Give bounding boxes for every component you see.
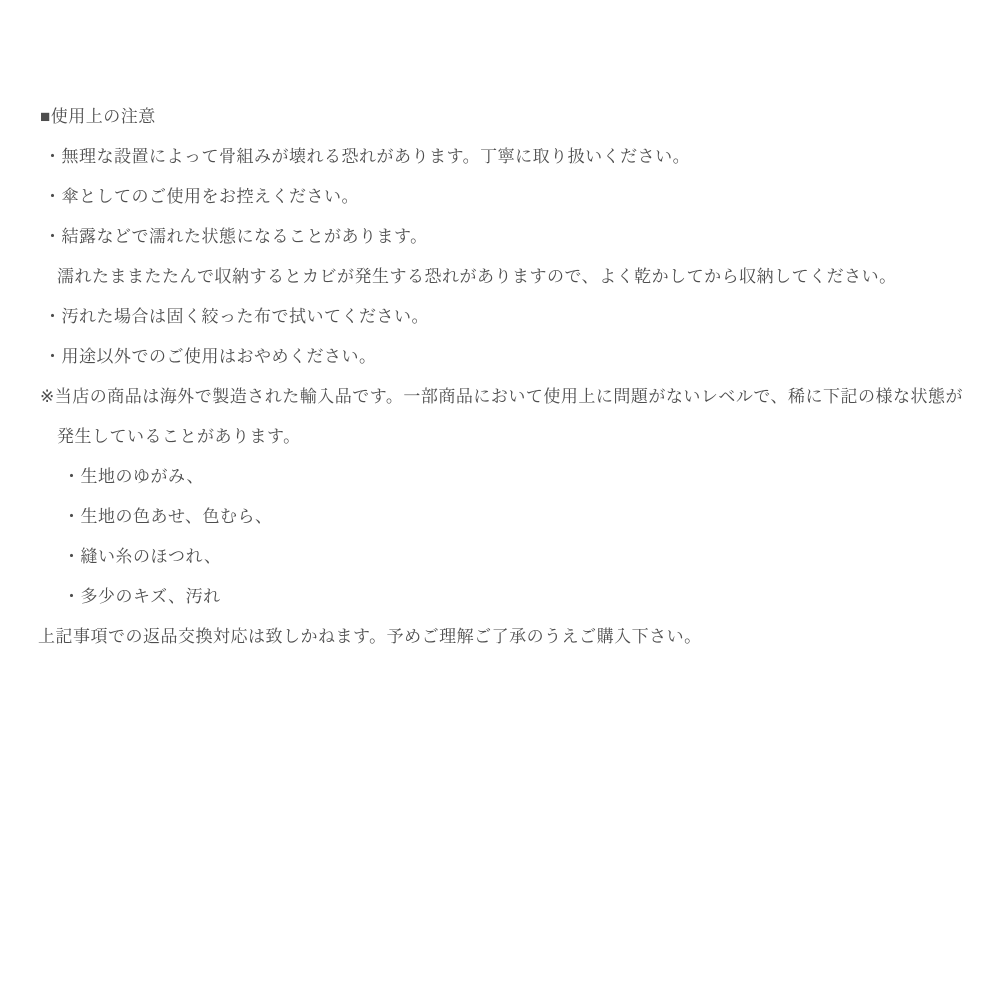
notice-bullet-cleaning: ・汚れた場合は固く絞った布で拭いてください。 <box>44 297 1000 337</box>
notice-bullet-condensation-continuation: 濡れたままたたんで収納するとカビが発生する恐れがありますので、よく乾かしてから収… <box>57 257 1000 297</box>
defect-example-fabric-fading: ・生地の色あせ、色むら、 <box>63 497 1000 537</box>
notice-bullet-intended-use: ・用途以外でのご使用はおやめください。 <box>44 337 1000 377</box>
notice-bullet-umbrella: ・傘としてのご使用をお控えください。 <box>44 177 1000 217</box>
usage-precautions-page: ■使用上の注意 ・無理な設置によって骨組みが壊れる恐れがあります。丁寧に取り扱い… <box>0 0 1000 1000</box>
import-note-line2: 発生していることがあります。 <box>57 417 1000 457</box>
notice-bullet-handling: ・無理な設置によって骨組みが壊れる恐れがあります。丁寧に取り扱いください。 <box>44 137 1000 177</box>
defect-example-loose-threads: ・縫い糸のほつれ、 <box>63 537 1000 577</box>
defect-example-scratches: ・多少のキズ、汚れ <box>63 577 1000 617</box>
defect-example-fabric-distortion: ・生地のゆがみ、 <box>63 457 1000 497</box>
notice-heading: ■使用上の注意 <box>40 97 1000 137</box>
import-note-line1: ※当店の商品は海外で製造された輸入品です。一部商品において使用上に問題がないレベ… <box>40 377 1000 417</box>
usage-precautions-notice: ■使用上の注意 ・無理な設置によって骨組みが壊れる恐れがあります。丁寧に取り扱い… <box>0 97 1000 657</box>
notice-bullet-condensation: ・結露などで濡れた状態になることがあります。 <box>44 217 1000 257</box>
return-policy-footer: 上記事項での返品交換対応は致しかねます。予めご理解ご了承のうえご購入下さい。 <box>38 617 1000 657</box>
